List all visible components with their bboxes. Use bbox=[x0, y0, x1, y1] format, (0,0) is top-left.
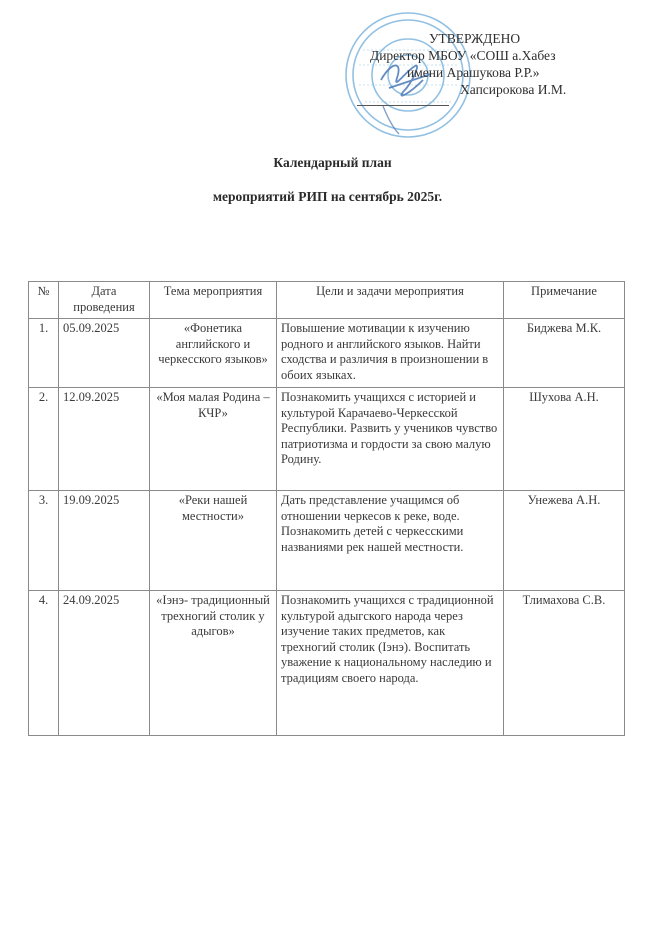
events-table: № Дата проведения Тема мероприятия Цели … bbox=[28, 281, 625, 736]
document-title: Календарный план bbox=[0, 155, 655, 171]
signature-line bbox=[357, 105, 449, 106]
header-goals: Цели и задачи мероприятия bbox=[277, 282, 504, 319]
row-goals: Дать представление учащимся об отношении… bbox=[277, 491, 504, 591]
row-topic: «Фонетика английского и черкесского язык… bbox=[150, 319, 277, 388]
table-row: 1. 05.09.2025 «Фонетика английского и че… bbox=[29, 319, 625, 388]
approval-position: Директор МБОУ «СОШ а.Хабез bbox=[360, 47, 650, 64]
row-date: 19.09.2025 bbox=[59, 491, 150, 591]
row-goals: Повышение мотивации к изучению родного и… bbox=[277, 319, 504, 388]
row-date: 12.09.2025 bbox=[59, 388, 150, 491]
header-date: Дата проведения bbox=[59, 282, 150, 319]
row-date: 24.09.2025 bbox=[59, 591, 150, 736]
row-date: 05.09.2025 bbox=[59, 319, 150, 388]
table-row: 3. 19.09.2025 «Реки нашей местности» Дат… bbox=[29, 491, 625, 591]
document-subtitle: мероприятий РИП на сентябрь 2025г. bbox=[0, 189, 655, 205]
row-number: 3. bbox=[29, 491, 59, 591]
row-goals: Познакомить учащихся с традиционной куль… bbox=[277, 591, 504, 736]
row-number: 2. bbox=[29, 388, 59, 491]
row-topic: «Реки нашей местности» bbox=[150, 491, 277, 591]
row-note: Биджева М.К. bbox=[504, 319, 625, 388]
table-row: 2. 12.09.2025 «Моя малая Родина – КЧР» П… bbox=[29, 388, 625, 491]
table-row: 4. 24.09.2025 «Іэнэ- традиционный трехно… bbox=[29, 591, 625, 736]
header-note: Примечание bbox=[504, 282, 625, 319]
header-number: № bbox=[29, 282, 59, 319]
table-header-row: № Дата проведения Тема мероприятия Цели … bbox=[29, 282, 625, 319]
approval-heading: УТВЕРЖДЕНО bbox=[360, 30, 650, 47]
approval-school-name: имени Арашукова Р.Р.» bbox=[360, 64, 650, 81]
approval-block: УТВЕРЖДЕНО Директор МБОУ «СОШ а.Хабез им… bbox=[360, 30, 650, 98]
approval-signatory: Хапсирокова И.М. bbox=[360, 81, 650, 98]
row-topic: «Моя малая Родина – КЧР» bbox=[150, 388, 277, 491]
row-number: 4. bbox=[29, 591, 59, 736]
row-number: 1. bbox=[29, 319, 59, 388]
row-topic: «Іэнэ- традиционный трехногий столик у а… bbox=[150, 591, 277, 736]
row-note: Тлимахова С.В. bbox=[504, 591, 625, 736]
row-note: Шухова А.Н. bbox=[504, 388, 625, 491]
header-topic: Тема мероприятия bbox=[150, 282, 277, 319]
row-note: Унежева А.Н. bbox=[504, 491, 625, 591]
row-goals: Познакомить учащихся с историей и культу… bbox=[277, 388, 504, 491]
